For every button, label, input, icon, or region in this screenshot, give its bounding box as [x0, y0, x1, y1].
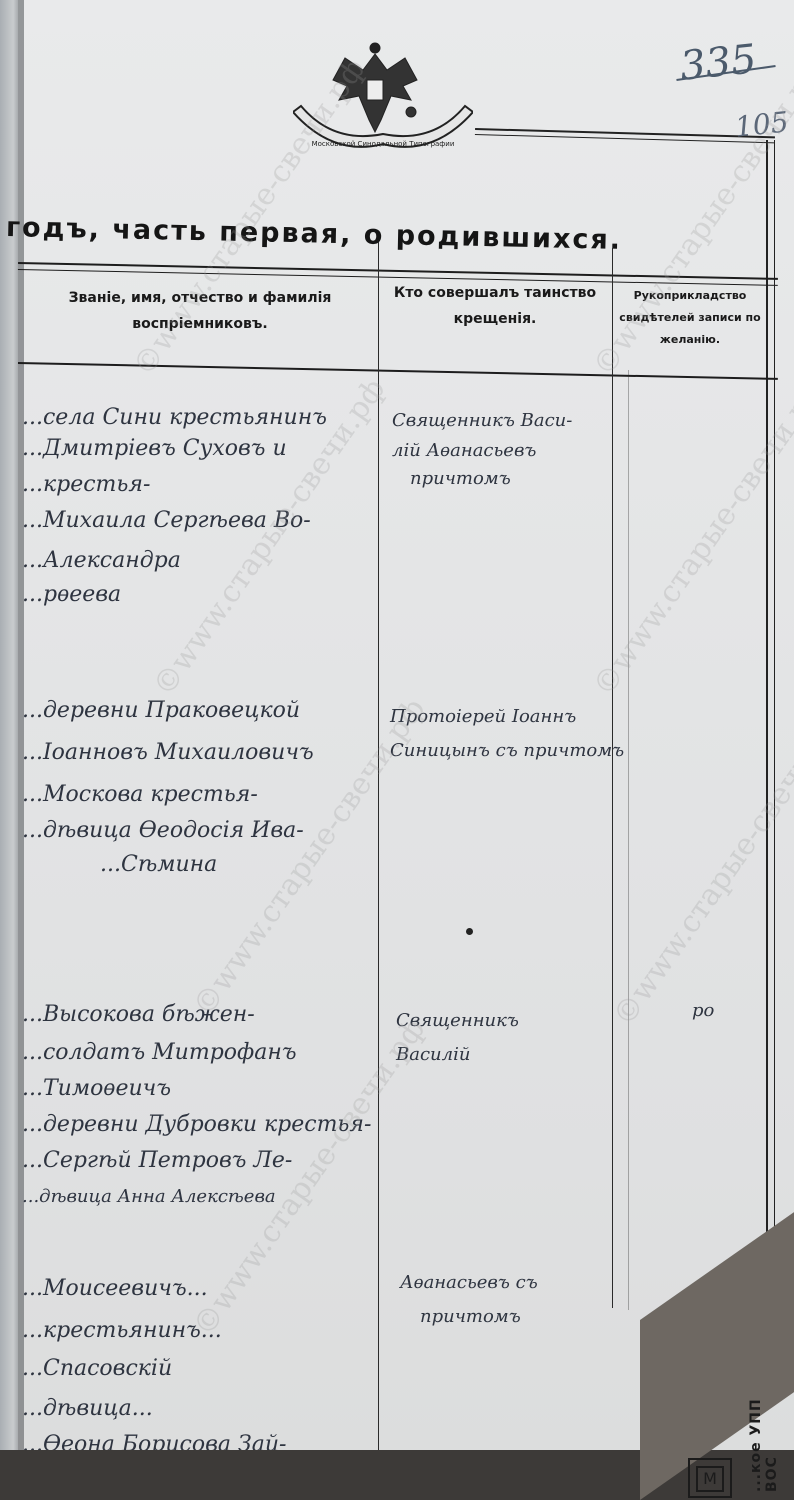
column-divider	[378, 242, 379, 1500]
officiant-line: Василій	[396, 1044, 470, 1065]
officiant-line: Священникъ Васи-	[392, 410, 572, 431]
godparent-line: ...деревни Праковецкой	[22, 698, 300, 723]
godparent-line: ...Москова крестья-	[22, 782, 258, 807]
godparent-line: ...солдатъ Митрофанъ	[22, 1040, 297, 1065]
column-header-witness-signatures: Рукоприкладство свидѣтелей записи по жел…	[612, 285, 768, 351]
godparent-line: ...рѳеева	[22, 582, 121, 607]
godparent-line: ...Александра	[22, 548, 181, 573]
godparent-line: ...дѣвица Ѳеодосія Ива-	[22, 818, 304, 843]
page-number: 105	[733, 105, 790, 143]
column-divider	[612, 248, 613, 1308]
godparent-line: ...села Сини крестьянинъ	[22, 405, 327, 430]
godparent-line: ...дѣвица Анна Алексѣева	[22, 1186, 276, 1207]
godparent-line: ...Моисеевичъ...	[22, 1276, 208, 1301]
svg-text:Московской Синодальной Типогра: Московской Синодальной Типографии	[312, 140, 455, 148]
godparent-line: ...дѣвица...	[22, 1396, 153, 1421]
officiant-line: Священникъ	[396, 1010, 519, 1031]
officiant-line: Протоіерей Іоаннъ	[390, 706, 576, 727]
column-header-officiant: Кто совершалъ таинство крещенія.	[390, 280, 600, 332]
officiant-line: Аѳанасьевъ съ	[400, 1272, 538, 1293]
godparent-line: ...деревни Дубровки крестья-	[22, 1112, 371, 1137]
officiant-line: причтомъ	[420, 1306, 521, 1327]
ribbon-banner-icon: Московской Синодальной Типографии	[293, 102, 473, 152]
godparent-line: ...Михаила Сергѣева Во-	[22, 508, 311, 533]
witness-signature: ро	[692, 1000, 714, 1021]
folder-logo-letter: M	[696, 1466, 724, 1492]
godparent-line: ...крестья-	[22, 472, 150, 497]
ink-blot	[466, 928, 473, 935]
page-number-struck: 335	[678, 36, 759, 90]
folder-label: ...кое УПП ВОС	[748, 1372, 788, 1492]
godparent-line: ...Спасовскій	[22, 1356, 172, 1381]
officiant-line: лій Аѳанасьевъ	[392, 440, 536, 461]
folder-logo-icon: M	[688, 1458, 732, 1498]
godparent-line: ...Тимоѳеичъ	[22, 1076, 171, 1101]
godparent-line: ...Іоанновъ Михаиловичъ	[22, 740, 314, 765]
officiant-line: причтомъ	[410, 468, 511, 489]
column-header-godparents: Званіе, имя, отчество и фамилія воспріем…	[40, 285, 360, 337]
godparent-line: ...Сѣмина	[100, 852, 217, 877]
officiant-line: Синицынъ съ причтомъ	[390, 740, 624, 761]
column-guide-line	[628, 370, 629, 1310]
godparent-line: ...Дмитріевъ Суховъ и	[22, 436, 287, 461]
godparent-line: ...Сергѣй Петровъ Ле-	[22, 1148, 292, 1173]
godparent-line: ...крестьянинъ...	[22, 1318, 222, 1343]
godparent-line: ...Высокова бѣжен-	[22, 1002, 255, 1027]
